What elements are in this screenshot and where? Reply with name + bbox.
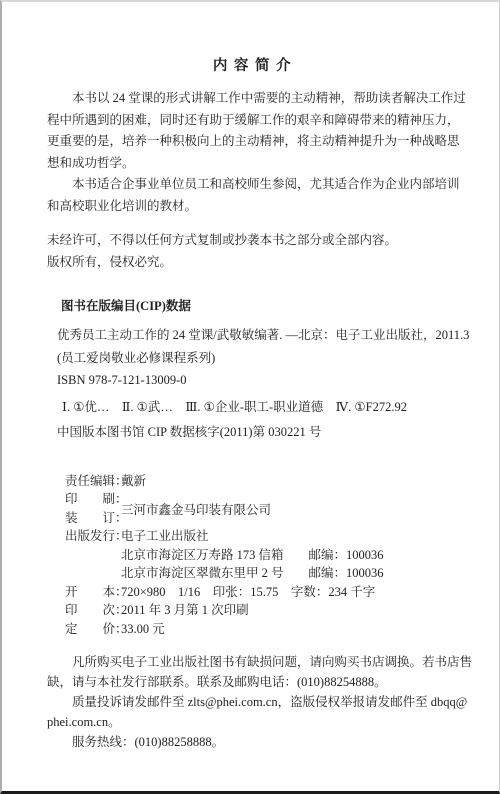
intro-line: 想和成功哲学。 (47, 153, 458, 175)
intro-line: 更重要的是，培养一种积极向上的主动精神，将主动精神提升为一种战略思 (47, 131, 458, 153)
no-copying-notice: 未经许可，不得以任何方式复制或抄袭本书之部分或全部内容。 (47, 229, 458, 251)
cip-bibliographic-lines: 优秀员工主动工作的 24 堂课/武敬敏编著. —北京：电子工业出版社，2011.… (57, 324, 458, 392)
copyright-notice: 未经许可，不得以任何方式复制或抄袭本书之部分或全部内容。 版权所有，侵权必究。 (47, 229, 458, 273)
cip-classification-line: Ⅰ. ①优… Ⅱ. ①武… Ⅲ. ①企业-职工-职业道德 Ⅳ. ①F272.92 (57, 400, 458, 414)
page-content: 内 容 简 介 本书以 24 堂课的形式讲解工作中需要的主动精神，帮助读者解决工… (2, 2, 499, 752)
impression-label: 印 次： (65, 601, 121, 620)
service-notes: 凡所购买电子工业出版社图书有缺损问题，请向购买书店调换。若书店售 缺，请与本社发… (47, 652, 458, 752)
intro-paragraphs: 本书以 24 堂课的形式讲解工作中需要的主动精神，帮助读者解决工作过 程中所遇到… (47, 88, 458, 217)
format-row: 开 本： 720×980 1/16 印张：15.75 字数：234 千字 (65, 583, 458, 602)
publisher-address-2: 北京市海淀区翠微东里甲 2 号 邮编：100036 (121, 564, 458, 583)
book-copyright-page: 内 容 简 介 本书以 24 堂课的形式讲解工作中需要的主动精神，帮助读者解决工… (0, 0, 500, 794)
editor-label: 责任编辑： (65, 472, 121, 491)
printing-binding-row: 印 刷： 装 订： 三河市鑫金马印装有限公司 (65, 490, 458, 527)
publisher-address-1: 北京市海淀区万寿路 173 信箱 邮编：100036 (121, 546, 458, 565)
publisher-label: 出版发行： (65, 527, 121, 546)
publisher-row: 出版发行： 电子工业出版社 (65, 527, 458, 546)
all-rights-reserved-notice: 版权所有，侵权必究。 (47, 251, 458, 273)
cip-heading: 图书在版编目(CIP)数据 (57, 299, 458, 313)
publication-details: 责任编辑： 戴新 印 刷： 装 订： 三河市鑫金马印装有限公司 出版发行： 电子… (65, 472, 458, 639)
format-label: 开 本： (65, 583, 121, 602)
printing-binding-value: 三河市鑫金马印装有限公司 (121, 500, 271, 518)
price-row: 定 价： 33.00 元 (65, 620, 458, 639)
cip-record-number-line: 中国版本图书馆 CIP 数据核字(2011)第 030221 号 (57, 425, 458, 439)
format-value: 720×980 1/16 印张：15.75 字数：234 千字 (121, 583, 375, 602)
intro-line: 程中所遇到的困难，同时还有助于缓解工作的艰辛和障碍带来的精神压力， (47, 110, 458, 132)
service-note-line: 缺，请与本社发行部联系。联系及邮购电话：(010)88254888。 (47, 672, 458, 692)
binding-label: 装 订： (65, 509, 121, 528)
service-note-line: phei.com.cn。 (47, 712, 458, 732)
intro-line: 和高校职业化培训的教材。 (47, 196, 458, 218)
cip-title-line: 优秀员工主动工作的 24 堂课/武敬敏编著. —北京：电子工业出版社，2011.… (57, 324, 458, 347)
intro-section-title: 内 容 简 介 (47, 58, 458, 74)
impression-value: 2011 年 3 月第 1 次印刷 (121, 601, 249, 620)
intro-line: 本书适合企事业单位员工和高校师生参阅，尤其适合作为企业内部培训 (47, 174, 458, 196)
service-hotline-line: 服务热线：(010)88258888。 (47, 732, 458, 752)
printing-label: 印 刷： (65, 490, 121, 509)
price-value: 33.00 元 (121, 620, 165, 639)
editor-row: 责任编辑： 戴新 (65, 472, 458, 491)
intro-line: 本书以 24 堂课的形式讲解工作中需要的主动精神，帮助读者解决工作过 (47, 88, 458, 110)
publisher-value: 电子工业出版社 (121, 527, 209, 546)
cip-data-section: 图书在版编目(CIP)数据 优秀员工主动工作的 24 堂课/武敬敏编著. —北京… (57, 299, 458, 439)
printing-binding-labels: 印 刷： 装 订： (65, 490, 121, 527)
cip-isbn-line: ISBN 978-7-121-13009-0 (57, 369, 458, 392)
impression-row: 印 次： 2011 年 3 月第 1 次印刷 (65, 601, 458, 620)
editor-value: 戴新 (121, 472, 146, 491)
service-note-line: 质量投诉请发邮件至 zlts@phei.com.cn，盗版侵权举报请发邮件至 d… (47, 692, 458, 712)
service-note-line: 凡所购买电子工业出版社图书有缺损问题，请向购买书店调换。若书店售 (47, 652, 458, 672)
price-label: 定 价： (65, 620, 121, 639)
cip-series-line: (员工爱岗敬业必修课程系列) (57, 347, 458, 370)
